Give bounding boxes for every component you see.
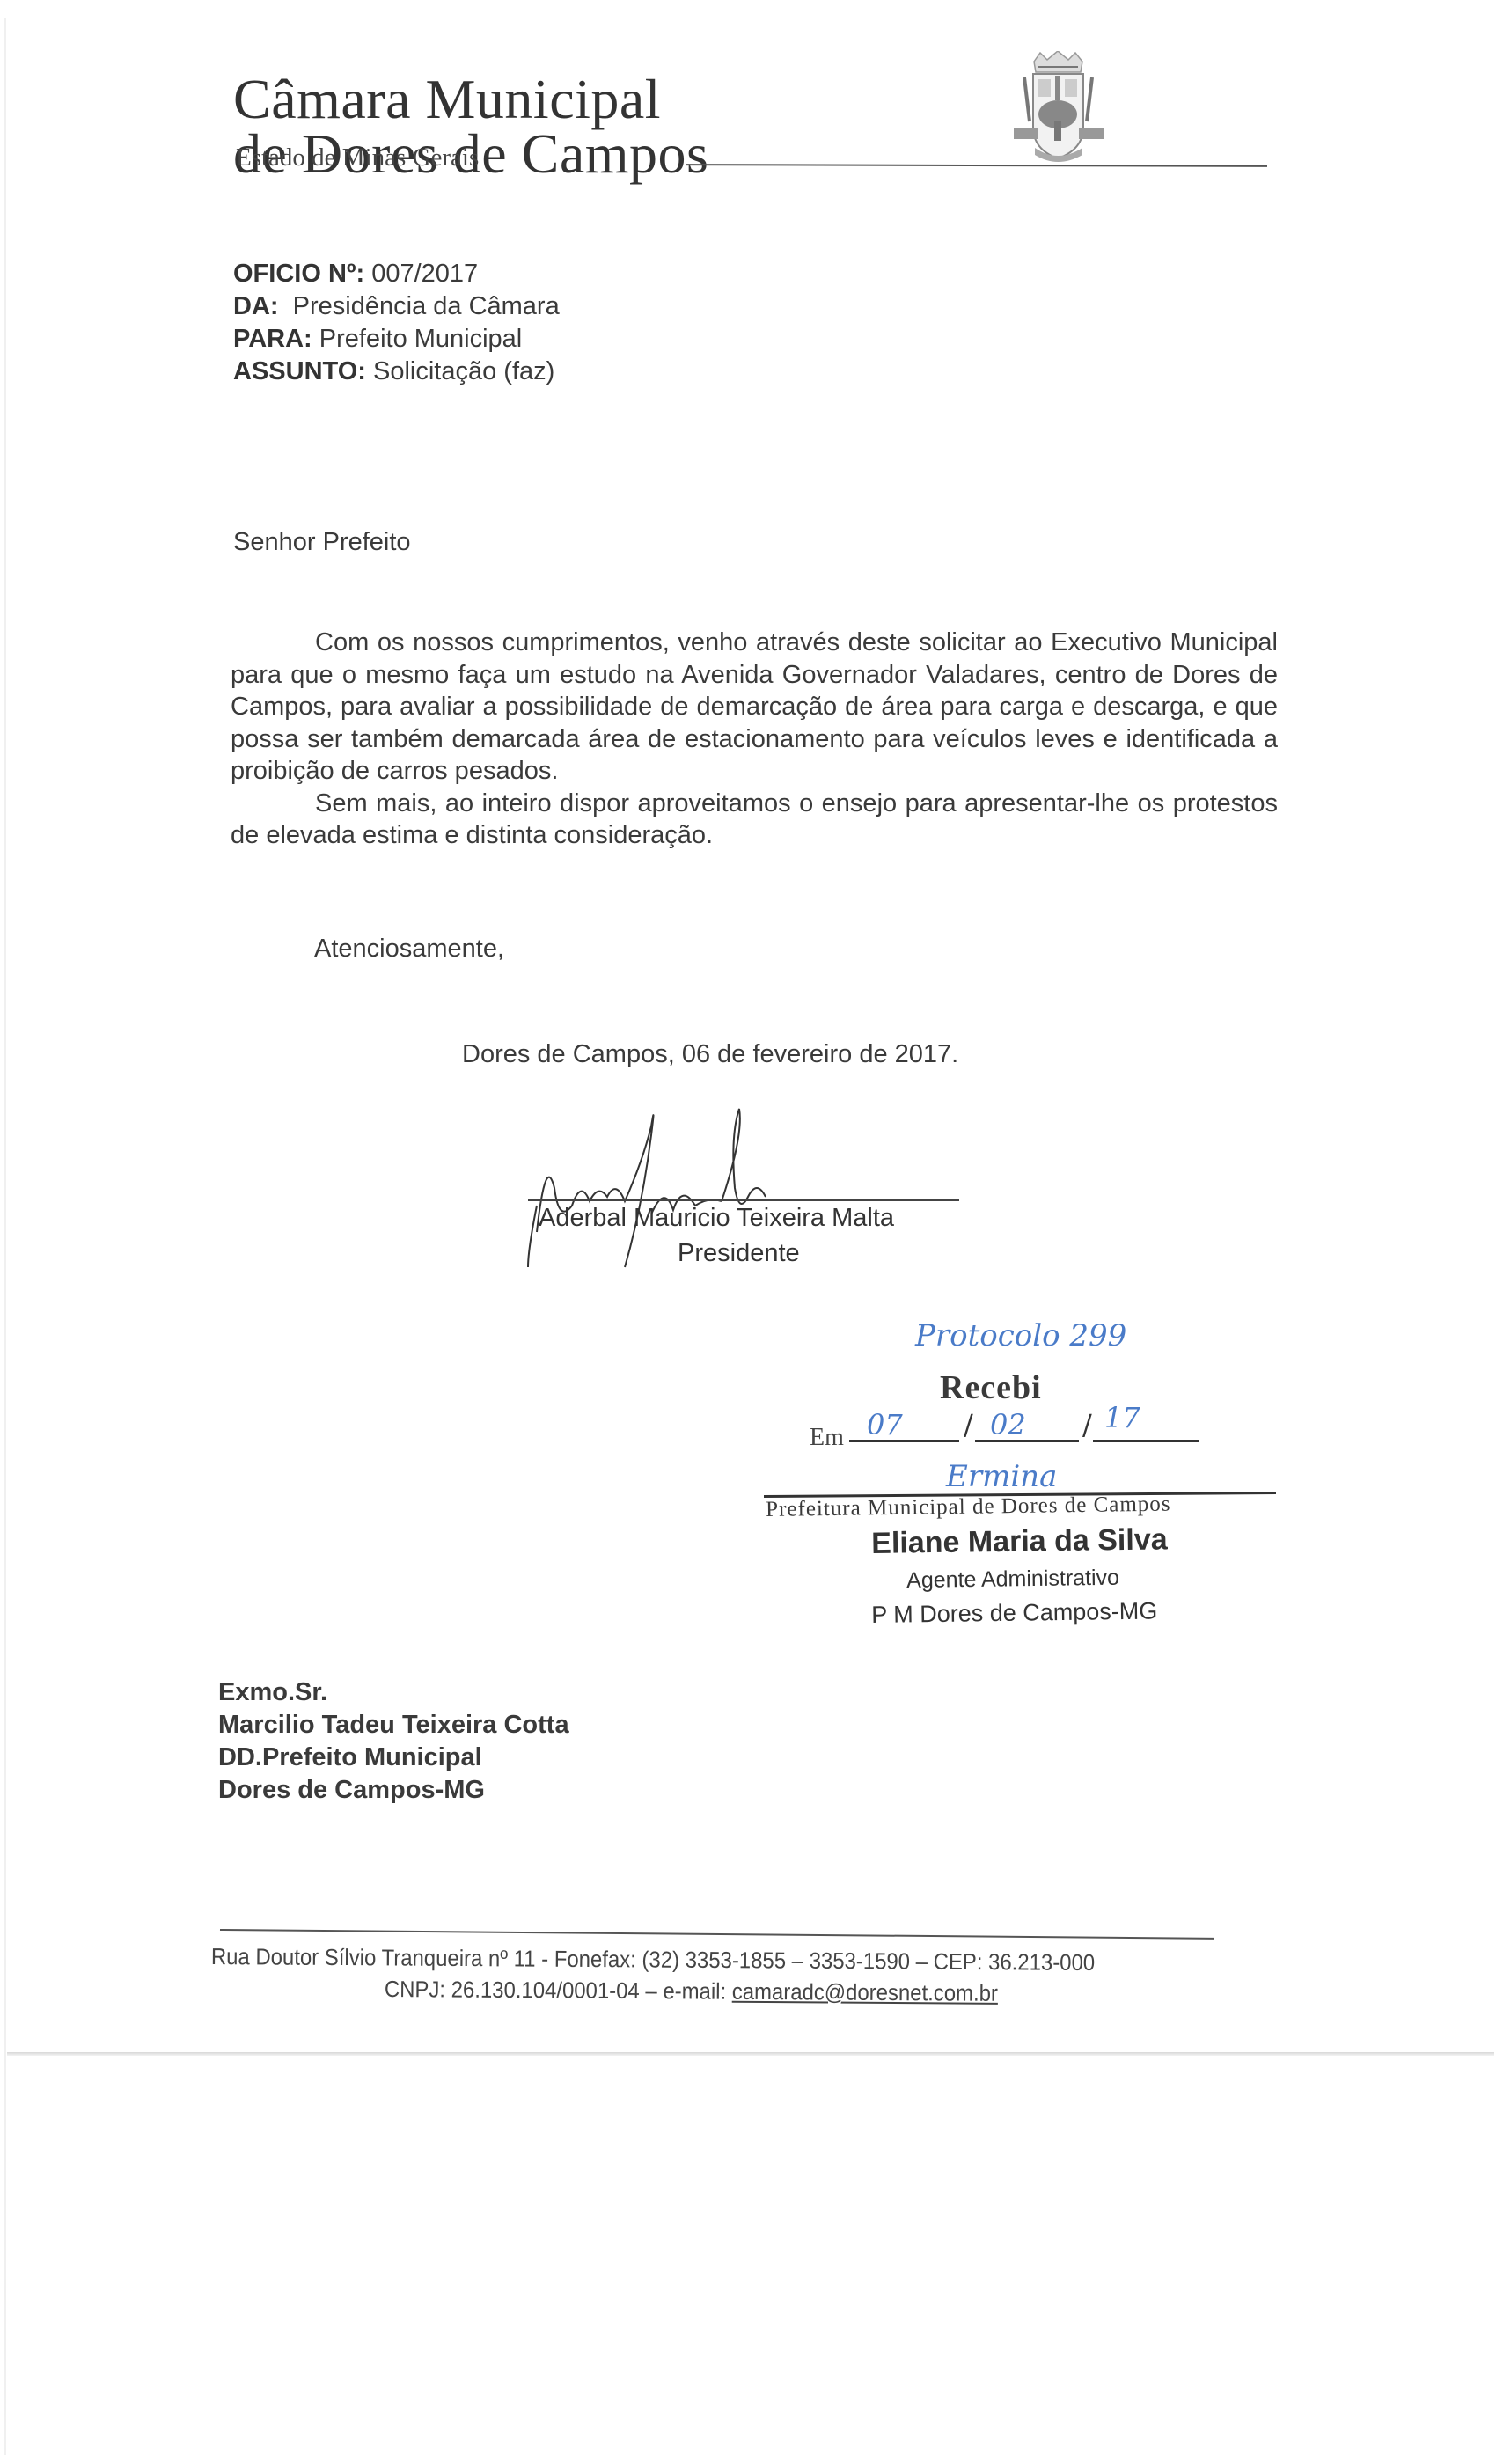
letterhead-state: Estado de Minas Gerais — [236, 143, 479, 172]
date-underline — [975, 1440, 1079, 1442]
stamp-org: P M Dores de Campos-MG — [871, 1597, 1158, 1629]
page-bottom-edge — [7, 2052, 1494, 2056]
stamp-date-prefix: Em — [810, 1424, 844, 1452]
closing: Atenciosamente, — [314, 935, 504, 964]
footer-address: Rua Doutor Sílvio Tranqueira nº 11 - Fon… — [211, 1943, 1095, 1976]
body-paragraph-2: Sem mais, ao inteiro dispor aproveitamos… — [231, 788, 1278, 852]
date-line: Dores de Campos, 06 de fevereiro de 2017… — [462, 1040, 958, 1069]
protocol-handwritten: Protocolo 299 — [915, 1318, 1126, 1353]
footer-rule — [220, 1929, 1214, 1940]
letter-body: Com os nossos cumprimentos, venho atravé… — [231, 627, 1278, 852]
date-separator: / — [1082, 1408, 1092, 1441]
stamp-person: Eliane Maria da Silva — [871, 1522, 1168, 1561]
addressee-line: DD.Prefeito Municipal — [218, 1742, 569, 1774]
addressee-line: Exmo.Sr. — [218, 1676, 569, 1709]
greeting: Senhor Prefeito — [233, 528, 411, 557]
addressee-line: Dores de Campos-MG — [218, 1774, 569, 1807]
footer-cnpj: CNPJ: 26.130.104/0001-04 – e-mail: — [385, 1976, 732, 2005]
date-underline — [849, 1440, 959, 1442]
signature-line — [528, 1199, 959, 1201]
addressee-block: Exmo.Sr. Marcilio Tadeu Teixeira Cotta D… — [218, 1676, 569, 1807]
letterhead-rule — [686, 164, 1267, 167]
receiver-signature: Ermina — [946, 1459, 1057, 1494]
date-separator: / — [964, 1408, 973, 1441]
stamp-date-day: 07 — [867, 1408, 903, 1441]
stamp-date: 07 / 02 / 17 — [849, 1408, 1219, 1443]
letterhead-line-1: Câmara Municipal — [233, 72, 708, 127]
stamp-date-month: 02 — [990, 1408, 1026, 1441]
stamp-date-year: 17 — [1104, 1401, 1140, 1434]
stamp-received-label: Recebi — [940, 1368, 1042, 1407]
letter-fields: OFICIO Nº: 007/2017 DA: Presidência da C… — [233, 258, 560, 388]
scan-edge — [4, 18, 6, 2455]
field-oficio: OFICIO Nº: 007/2017 — [233, 258, 560, 290]
field-para: PARA: Prefeito Municipal — [233, 323, 560, 356]
stamp-title: Agente Administrativo — [906, 1566, 1119, 1594]
field-da: DA: Presidência da Câmara — [233, 290, 560, 323]
footer-contact: CNPJ: 26.130.104/0001-04 – e-mail: camar… — [385, 1976, 998, 2007]
date-underline — [1093, 1440, 1199, 1442]
stamp-institution: Prefeitura Municipal de Dores de Campos — [766, 1492, 1171, 1522]
addressee-line: Marcilio Tadeu Teixeira Cotta — [218, 1709, 569, 1742]
coat-of-arms-icon — [1003, 51, 1113, 170]
field-assunto: ASSUNTO: Solicitação (faz) — [233, 356, 560, 388]
signer-name: Aderbal Mauricio Teixeira Malta — [539, 1204, 894, 1233]
footer-email-link[interactable]: camaradc@doresnet.com.br — [732, 1978, 998, 2006]
signer-role: Presidente — [678, 1239, 800, 1268]
body-paragraph-1: Com os nossos cumprimentos, venho atravé… — [231, 627, 1278, 788]
